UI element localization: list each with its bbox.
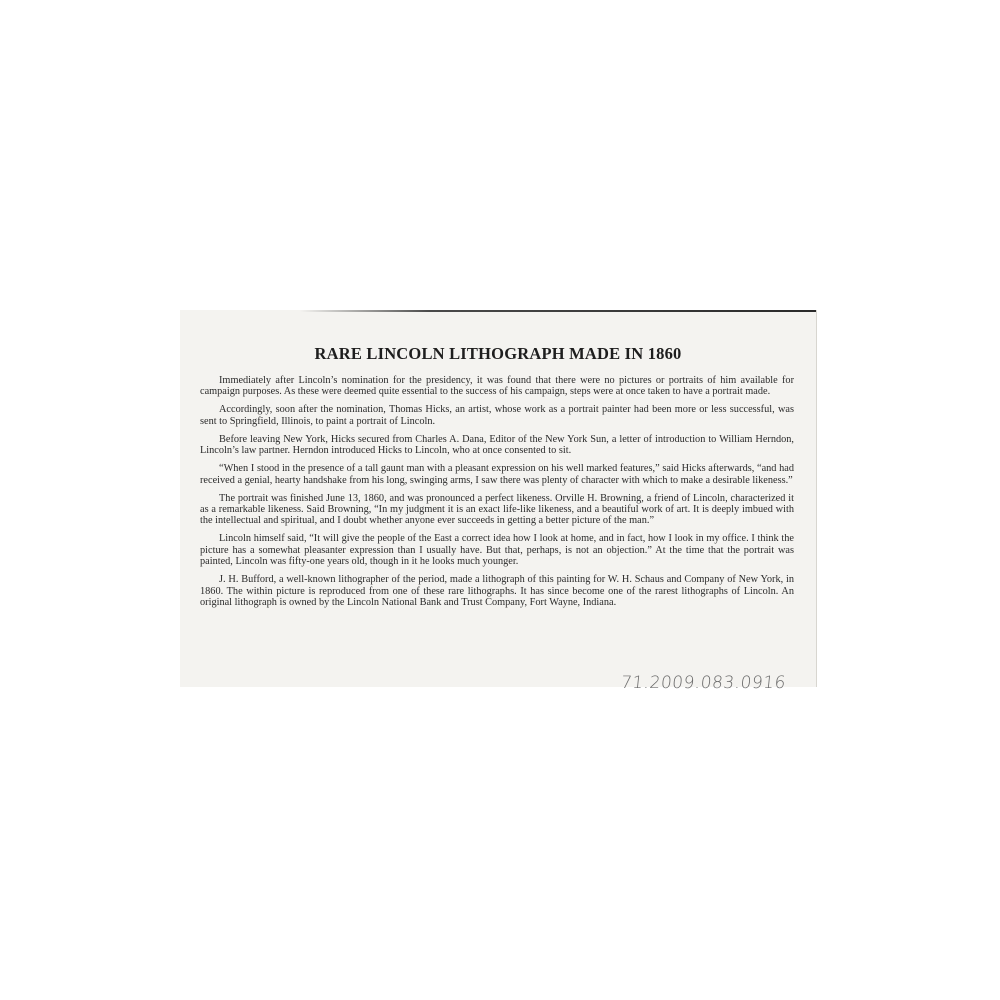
document-title: RARE LINCOLN LITHOGRAPH MADE IN 1860 <box>180 344 816 364</box>
document-card: RARE LINCOLN LITHOGRAPH MADE IN 1860 Imm… <box>180 310 817 687</box>
paragraph-hicks-quote: “When I stood in the presence of a tall … <box>200 463 794 486</box>
card-edge-shadow <box>300 310 816 312</box>
paragraph-bufford-lithograph: J. H. Bufford, a well-known lithographer… <box>200 574 794 608</box>
paragraph-nomination: Immediately after Lincoln’s nomination f… <box>200 375 794 398</box>
catalog-number-handwritten: 71.2009.083.0916 <box>620 673 787 693</box>
paragraph-lincoln-quote: Lincoln himself said, “It will give the … <box>200 533 794 567</box>
page: RARE LINCOLN LITHOGRAPH MADE IN 1860 Imm… <box>0 0 1000 1000</box>
paragraph-hicks-sent: Accordingly, soon after the nomination, … <box>200 404 794 427</box>
paragraph-portrait-finished: The portrait was finished June 13, 1860,… <box>200 493 794 527</box>
paragraph-introduction: Before leaving New York, Hicks secured f… <box>200 434 794 457</box>
document-body: Immediately after Lincoln’s nomination f… <box>200 375 794 615</box>
